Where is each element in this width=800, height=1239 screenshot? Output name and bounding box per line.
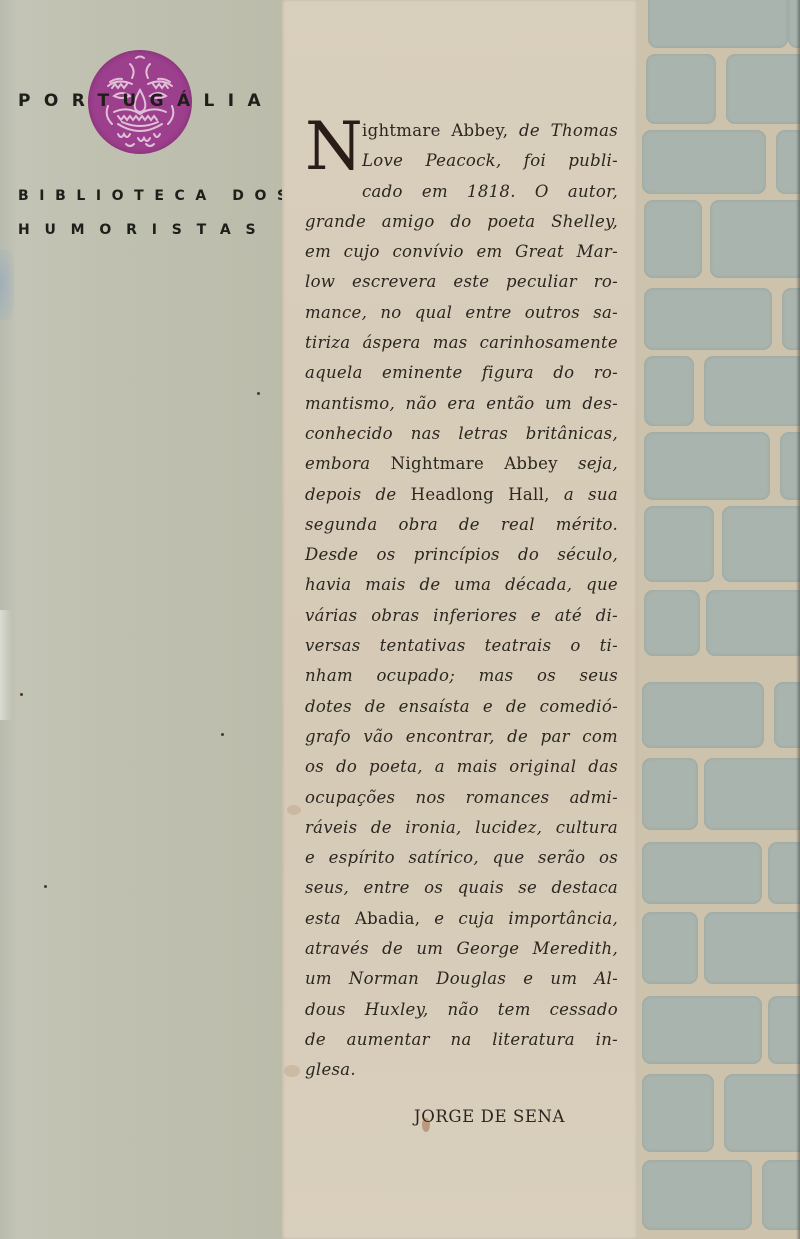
blurb-line: várias obras inferiores e até di- (305, 601, 618, 631)
brick (644, 200, 702, 278)
series-title-line-2: HUMORISTAS (18, 222, 268, 238)
paper-speck (257, 392, 260, 395)
blurb-line: nham ocupado; mas os seus (305, 661, 618, 691)
blurb-line: versas tentativas teatrais o ti- (305, 631, 618, 661)
brick (642, 842, 762, 904)
brick (644, 356, 694, 426)
paper-speck (44, 885, 47, 888)
brick (704, 912, 800, 984)
edge-stain (0, 250, 14, 320)
foxing-stain (287, 805, 301, 815)
blurb-line: glesa. (305, 1055, 618, 1085)
paper-speck (20, 693, 23, 696)
brick (642, 682, 764, 748)
brick (642, 996, 762, 1064)
blurb-line: grafo vão encontrar, de par com (305, 722, 618, 752)
blurb-line: através de um George Meredith, (305, 934, 618, 964)
brick (644, 288, 772, 350)
blurb-line: os do poeta, a mais original das (305, 752, 618, 782)
brick (642, 1074, 714, 1152)
blurb-line: havia mais de uma década, que (305, 570, 618, 600)
blurb-line: um Norman Douglas e um Al- (305, 964, 618, 994)
brick (646, 54, 716, 124)
blurb-line: esta Abadia, e cuja importância, (305, 904, 618, 934)
blurb-line: ráveis de ironia, lucidez, cultura (305, 813, 618, 843)
brick (644, 506, 714, 582)
publisher-name: PORTUGÁLIA (18, 91, 268, 111)
blurb-line: cado em 1818. O autor, (305, 177, 618, 207)
foxing-stain (284, 1065, 300, 1077)
blurb-line: grande amigo do poeta Shelley, (305, 207, 618, 237)
brick (648, 0, 788, 48)
blurb-line: segunda obra de real mérito. (305, 510, 618, 540)
series-title-line-1: BIBLIOTECA DOS (18, 188, 268, 204)
brick-wall-pattern (638, 0, 800, 1239)
blurb-line: em cujo convívio em Great Mar- (305, 237, 618, 267)
brick (644, 432, 770, 500)
blurb-line: mance, no qual entre outros sa- (305, 298, 618, 328)
blurb-line: ocupações nos romances admi- (305, 783, 618, 813)
brick (762, 1160, 800, 1230)
brick (642, 758, 698, 830)
brick (710, 200, 800, 278)
brick (642, 1160, 752, 1230)
blurb-line: dous Huxley, não tem cessado (305, 995, 618, 1025)
brick (722, 506, 800, 582)
blurb-line: aquela eminente figura do ro- (305, 358, 618, 388)
blurb-line: Desde os princípios do século, (305, 540, 618, 570)
blurb-line: embora Nightmare Abbey seja, (305, 449, 618, 479)
brick (706, 590, 800, 656)
brick (642, 912, 698, 984)
blurb-line: conhecido nas letras britânicas, (305, 419, 618, 449)
paper-speck (221, 733, 224, 736)
author-signature: JORGE DE SENA (414, 1107, 604, 1126)
blurb-line: dotes de ensaísta e de comedió- (305, 692, 618, 722)
brick (704, 758, 800, 830)
blurb-line: de aumentar na literatura in- (305, 1025, 618, 1055)
edge-wear (0, 610, 12, 720)
blurb-line: tiriza áspera mas carinhosamente (305, 328, 618, 358)
blurb-line: Love Peacock, foi publi- (305, 146, 618, 176)
brick (726, 54, 800, 124)
brick (704, 356, 800, 426)
blurb-text: ightmare Abbey, de ThomasLove Peacock, f… (305, 116, 618, 1086)
left-panel: PORTUGÁLIA BIBLIOTECA DOS HUMORISTAS (0, 0, 282, 1239)
blurb-line: depois de Headlong Hall, a sua (305, 480, 618, 510)
blurb-line: mantismo, não era então um des- (305, 389, 618, 419)
blurb-line: e espírito satírico, que serão os (305, 843, 618, 873)
cover-edge (796, 0, 800, 1239)
brick (644, 590, 700, 656)
blurb-line: low escrevera este peculiar ro- (305, 267, 618, 297)
blurb-line: ightmare Abbey, de Thomas (305, 116, 618, 146)
blurb-line: seus, entre os quais se destaca (305, 873, 618, 903)
brick (724, 1074, 800, 1152)
brick (642, 130, 766, 194)
